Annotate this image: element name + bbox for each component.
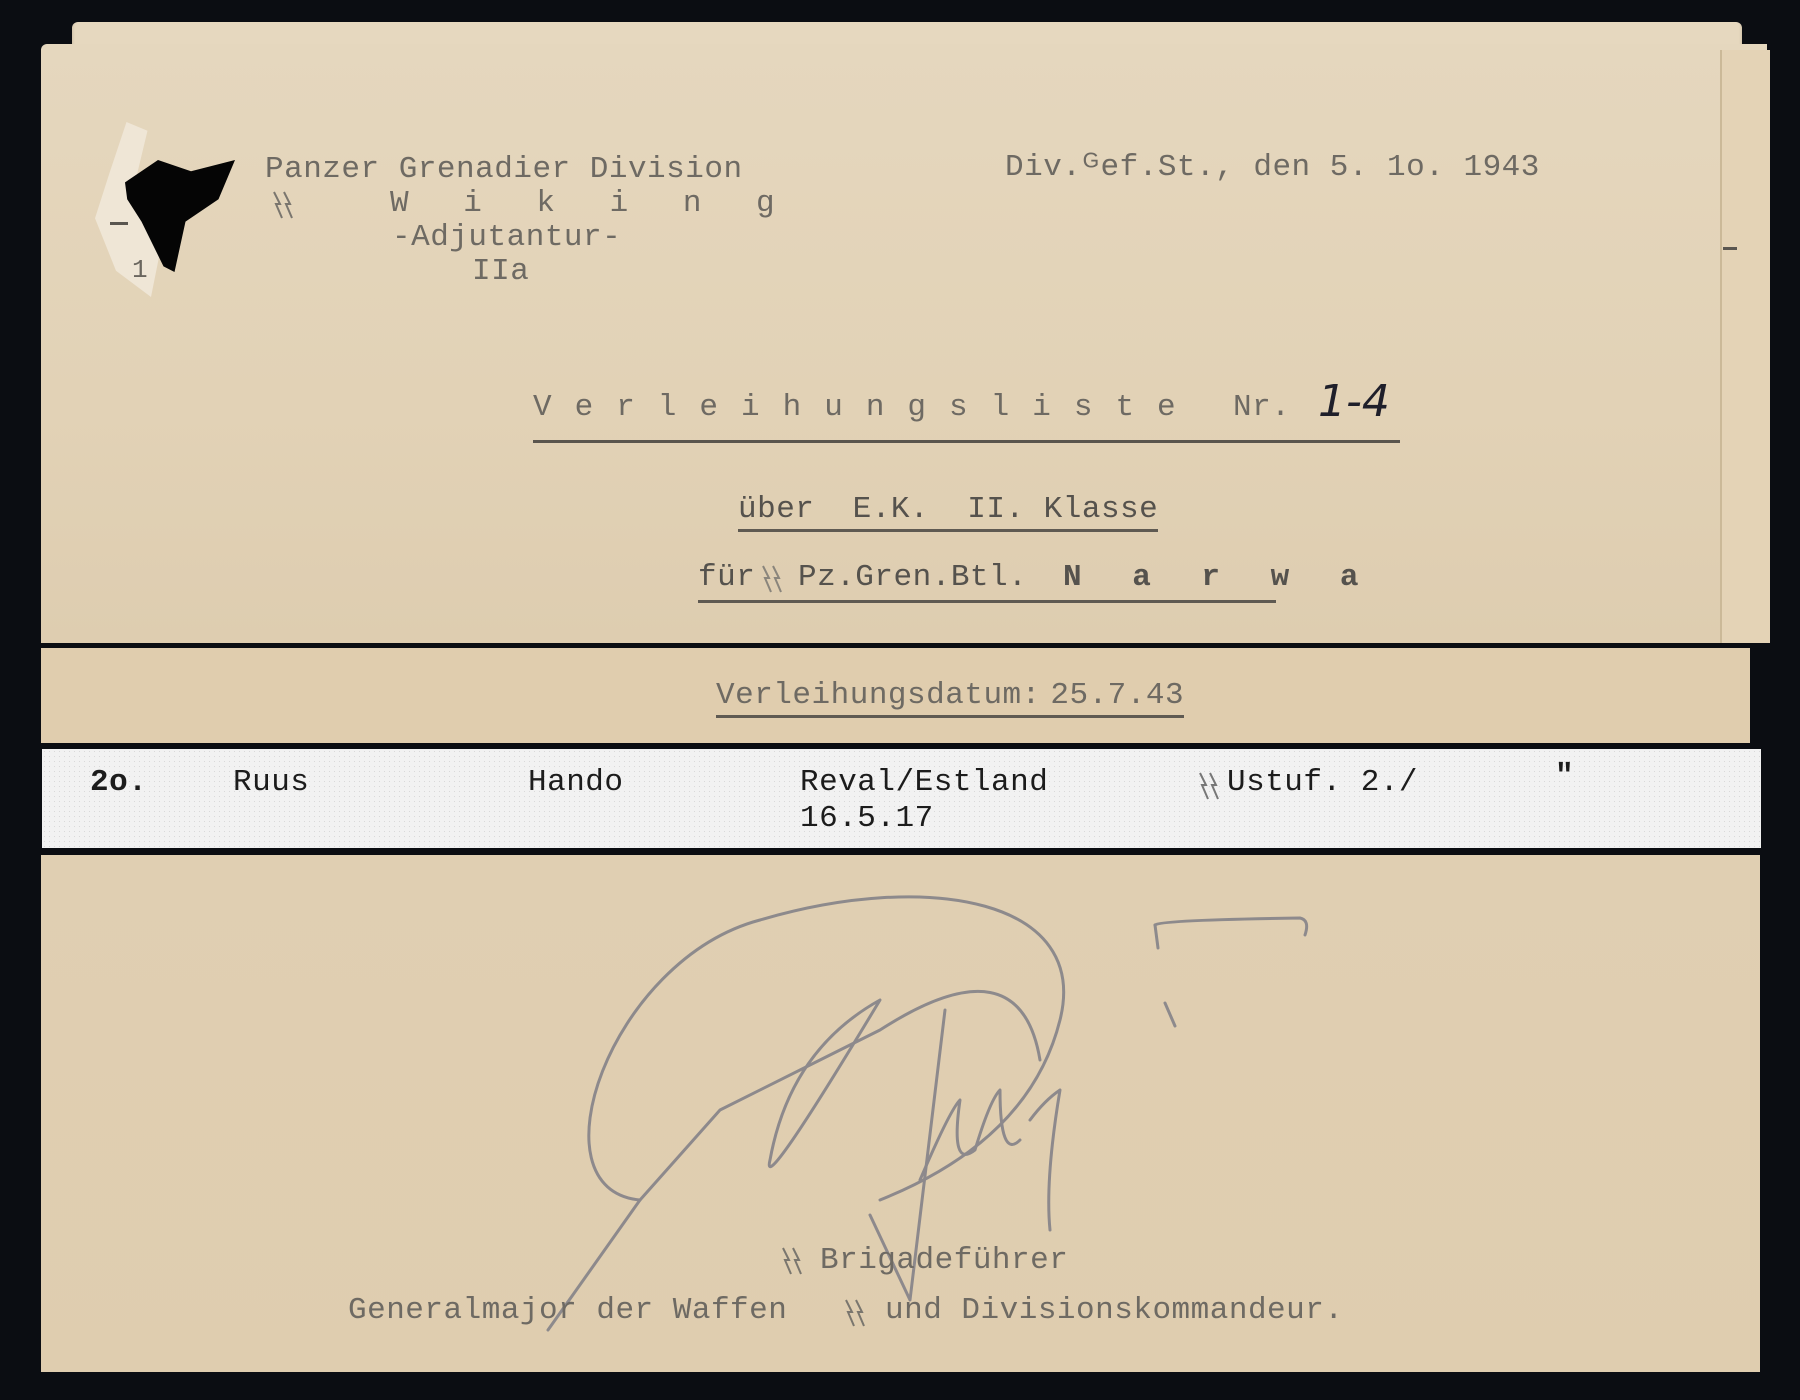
award-date-label: Verleihungsdatum: bbox=[716, 678, 1041, 713]
entry-birthdate: 16.5.17 bbox=[800, 801, 934, 836]
place-date: Div.ᴳef.St., den 5. 1o. 1943 bbox=[1005, 150, 1540, 185]
entry-surname: Ruus bbox=[233, 765, 309, 800]
hole-mark: 1 bbox=[132, 255, 148, 285]
entry-number: 2o. bbox=[90, 765, 147, 800]
battalion: Pz.Gren.Btl. bbox=[798, 560, 1027, 595]
ss-rune-icon bbox=[843, 1296, 867, 1335]
margin-dash-left bbox=[110, 222, 128, 225]
title-label: Verleihungsliste bbox=[533, 390, 1199, 425]
nr-label: Nr. bbox=[1233, 390, 1290, 425]
unit-prefix: für bbox=[698, 560, 755, 595]
torn-right-edge bbox=[1720, 50, 1770, 643]
entry-given-name: Hando bbox=[528, 765, 624, 800]
unit-name: Panzer Grenadier Division bbox=[265, 152, 743, 187]
division-name: W i k i n g bbox=[390, 186, 793, 221]
unit-line: für Pz.Gren.Btl. N a r w a bbox=[698, 560, 1276, 603]
signatory-title-b: und Divisionskommandeur. bbox=[885, 1293, 1343, 1328]
award-date-value: 25.7.43 bbox=[1050, 678, 1184, 713]
award-date-line: Verleihungsdatum: 25.7.43 bbox=[716, 678, 1184, 718]
ss-rune-icon bbox=[760, 562, 784, 601]
table-row: 2o. Ruus Hando Reval/Estland 16.5.17 Ust… bbox=[42, 749, 1761, 848]
signatory-rank: Brigadeführer bbox=[820, 1243, 1068, 1278]
section: IIa bbox=[472, 254, 529, 289]
entry-ditto-mark: " bbox=[1555, 759, 1574, 794]
ss-rune-icon bbox=[1197, 769, 1221, 808]
title-line: Verleihungsliste Nr. 1-4 bbox=[533, 388, 1400, 443]
battalion-name: N a r w a bbox=[1063, 560, 1374, 595]
ss-rune-icon bbox=[780, 1244, 804, 1283]
list-number-handwritten: 1-4 bbox=[1318, 376, 1390, 427]
department: -Adjutantur- bbox=[392, 220, 621, 255]
entry-rank-unit: Ustuf. 2./ bbox=[1227, 765, 1418, 800]
award-class: über E.K. II. Klasse bbox=[738, 492, 1158, 532]
signatory-title-a: Generalmajor der Waffen bbox=[348, 1293, 787, 1328]
margin-dash-right bbox=[1723, 247, 1737, 250]
entry-birthplace: Reval/Estland bbox=[800, 765, 1048, 800]
document-header-section bbox=[41, 44, 1767, 643]
